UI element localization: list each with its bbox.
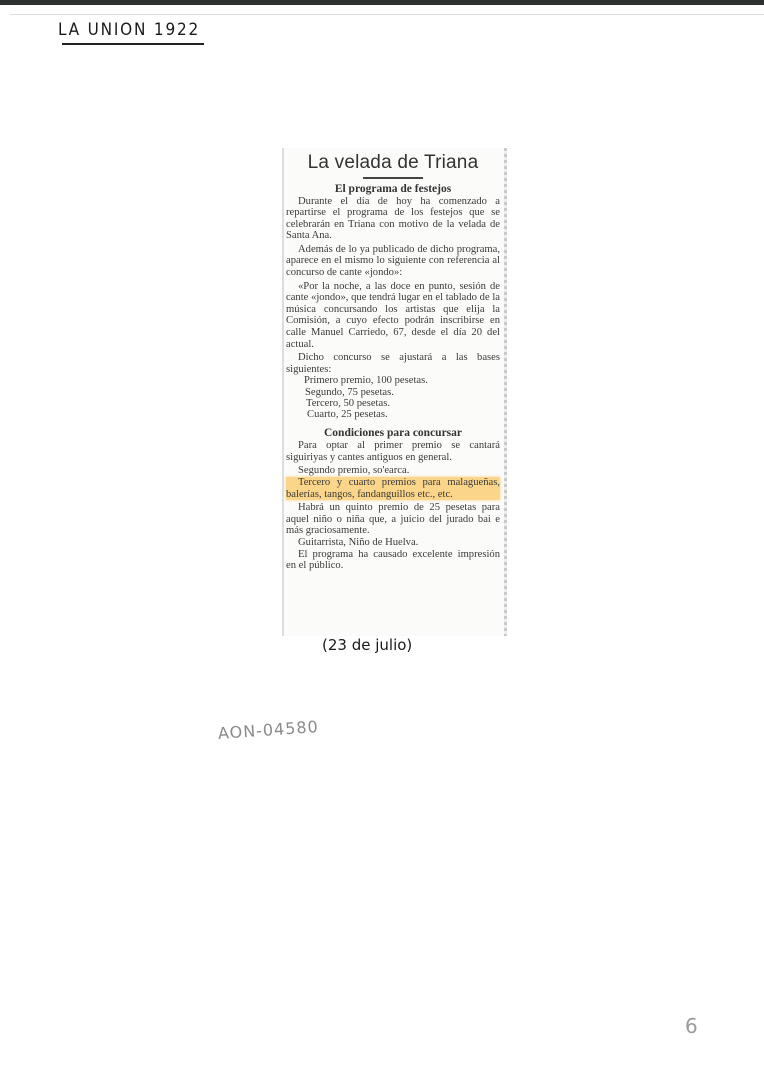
archive-code: AON-04580 xyxy=(217,717,319,743)
paragraph: «Por la noche, a las doce en punto, sesi… xyxy=(286,281,500,351)
paragraph: El programa ha causado excelente impresi… xyxy=(286,549,500,572)
newspaper-clipping: La velada de Triana El programa de feste… xyxy=(282,148,504,636)
paragraph: Segundo premio, so'earca. xyxy=(286,465,500,477)
prize-item: Segundo, 75 pesetas. xyxy=(304,387,500,398)
paragraph: Dicho concurso se ajustará a las bases s… xyxy=(286,352,500,375)
handwritten-date-note: (23 de julio) xyxy=(322,636,412,654)
scan-top-border xyxy=(0,0,764,5)
highlighted-paragraph: Tercero y cuarto premios para malagueñas… xyxy=(286,477,500,500)
page-number: 6 xyxy=(685,1014,698,1038)
scan-edge-line xyxy=(10,14,764,15)
prize-item: Cuarto, 25 pesetas. xyxy=(304,409,500,420)
prize-list: Primero premio, 100 pesetas. Segundo, 75… xyxy=(286,375,500,420)
prize-item: Tercero, 50 pesetas. xyxy=(304,398,500,409)
paragraph: Habrá un quinto premio de 25 pesetas par… xyxy=(286,502,500,537)
handwritten-header-note: LA UNION 1922 xyxy=(58,20,200,40)
paragraph: Además de lo ya publicado de dicho progr… xyxy=(286,244,500,279)
clipping-subhead-conditions: Condiciones para concursar xyxy=(286,427,500,440)
clipping-subhead-program: El programa de festejos xyxy=(286,183,500,196)
paragraph: Para optar al primer premio se cantará s… xyxy=(286,440,500,463)
header-underline xyxy=(62,43,204,45)
paragraph: Guitarrista, Niño de Huelva. xyxy=(286,537,500,549)
clipping-headline: La velada de Triana xyxy=(286,152,500,174)
headline-rule xyxy=(363,177,423,179)
prize-item: Primero premio, 100 pesetas. xyxy=(304,375,500,386)
paragraph: Durante el día de hoy ha comenzado a rep… xyxy=(286,196,500,242)
